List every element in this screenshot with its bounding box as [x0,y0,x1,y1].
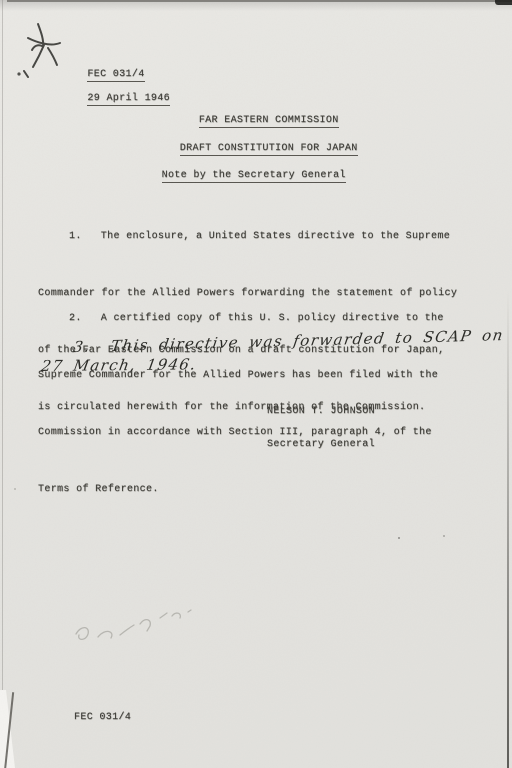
doc-subtitle-text: Note by the Secretary General [162,170,346,183]
handwritten-note-line2: 27 March, 1946. [40,355,198,375]
pencil-annotation [68,604,218,648]
scanned-memo-page: FEC 031/4 29 April 1946 FAR EASTERN COMM… [0,0,512,768]
doc-title-text: DRAFT CONSTITUTION FOR JAPAN [180,143,358,156]
doc-reference-text: FEC 031/4 [87,69,144,82]
paragraph-1-line: 1. The enclosure, a United States direct… [38,227,478,246]
paragraph-2-line: Terms of Reference. [38,480,478,499]
doc-subtitle: Note by the Secretary General [0,159,497,192]
dust-speck [398,537,400,539]
footer-reference: FEC 031/4 [74,712,131,723]
paragraph-2-line: 2. A certified copy of this U. S. policy… [38,309,478,328]
scan-right-edge [507,290,509,768]
signature-block: NELSON T. JOHNSON Secretary General [267,384,375,472]
signatory-title: Secretary General [267,439,375,450]
paragraph-2: 2. A certified copy of this U. S. policy… [38,271,478,537]
org-heading-text: FAR EASTERN COMMISSION [199,115,339,128]
scan-corner-mark [495,0,512,5]
signatory-name: NELSON T. JOHNSON [267,406,375,417]
scan-top-edge-line [7,0,512,2]
paragraph-2-line: Commission in accordance with Section II… [38,423,478,442]
dust-speck [14,488,16,490]
